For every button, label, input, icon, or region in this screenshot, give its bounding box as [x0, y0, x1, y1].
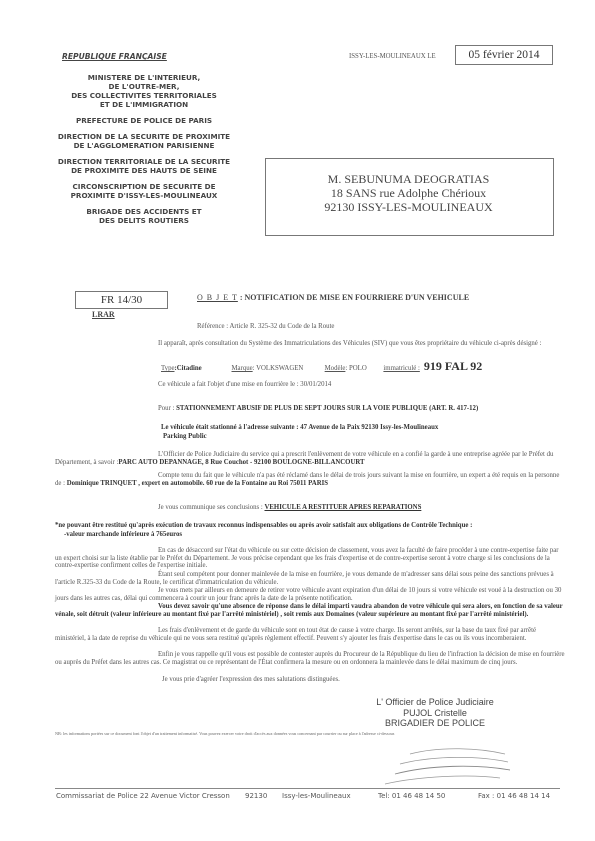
- administration-line: DIRECTION TERRITORIALE DE LA SECURITE: [44, 157, 244, 166]
- footer-address: Commissariat de Police 22 Avenue Victor …: [56, 792, 230, 800]
- footer-city: Issy-les-Moulineaux: [282, 792, 351, 800]
- administration-line: MINISTERE DE L'INTERIEUR,: [44, 73, 244, 82]
- administration-line: DES COLLECTIVITES TERRITORIALES: [44, 91, 244, 100]
- paragraph-mainlevee: Étant seul compétent pour donner mainlev…: [55, 571, 567, 586]
- recipient-name: M. SEBUNUMA DEOGRATIAS: [265, 172, 552, 186]
- subject-text: : NOTIFICATION DE MISE EN FOURRIERE D'UN…: [238, 293, 469, 302]
- administration-line: CIRCONSCRIPTION DE SECURITE DE: [44, 182, 244, 191]
- vehicle-details: Type :Citadine Marque: VOLKSWAGEN Modèle…: [161, 362, 571, 373]
- model-label: Modèle: [325, 365, 346, 373]
- date-box: 05 février 2014: [455, 45, 553, 65]
- data-protection-note: NB: les informations portées sur ce docu…: [55, 731, 575, 736]
- type-value: :Citadine: [175, 365, 232, 373]
- expert-paragraph: Compte tenu du fait que le véhicule n'a …: [55, 472, 565, 488]
- brand-label: Marque: [232, 365, 253, 373]
- paragraph-counter-expertise: En cas de désaccord sur l'état du véhicu…: [55, 547, 567, 570]
- intro-paragraph: Il apparaît, après consultation du Systè…: [158, 340, 563, 348]
- plate-value: 919 FAL 92: [424, 362, 482, 370]
- conclusions-value: VEHICULE A RESTITUER APRES REPARATIONS: [264, 504, 421, 511]
- subject-line: O B J E T : NOTIFICATION DE MISE EN FOUR…: [197, 293, 469, 302]
- impound-date: Ce véhicule a fait l'objet d'une mise en…: [158, 381, 331, 389]
- model-value: : POLO: [345, 365, 383, 373]
- footer-postcode: 92130: [245, 792, 267, 800]
- recipient-city: 92130 ISSY-LES-MOULINEAUX: [265, 200, 552, 214]
- recipient-address: M. SEBUNUMA DEOGRATIAS 18 SANS rue Adolp…: [265, 172, 552, 214]
- administration-entry: CIRCONSCRIPTION DE SECURITE DEPROXIMITE …: [44, 182, 244, 200]
- administration-line: DES DELITS ROUTIERS: [44, 216, 244, 225]
- signature-block: L' Officier de Police Judiciaire PUJOL C…: [355, 697, 515, 729]
- administration-entry: PREFECTURE DE POLICE DE PARIS: [44, 116, 244, 125]
- administration-entry: BRIGADE DES ACCIDENTS ETDES DELITS ROUTI…: [44, 207, 244, 225]
- administration-entry: DIRECTION DE LA SECURITE DE PROXIMITEDE …: [44, 132, 244, 150]
- administration-entry: DIRECTION TERRITORIALE DE LA SECURITEDE …: [44, 157, 244, 175]
- signature-scribble-icon: [380, 740, 520, 785]
- type-label: Type: [161, 365, 175, 373]
- administration-line: PROXIMITE D'ISSY-LES-MOULINEAUX: [44, 191, 244, 200]
- administration-line: DE PROXIMITE DES HAUTS DE SEINE: [44, 166, 244, 175]
- expert-name: Dominique TRINQUET , expert en automobil…: [67, 480, 328, 487]
- location-line: Le véhicule était stationné à l'adresse …: [161, 424, 438, 432]
- paragraph-contest: Enfin je vous rappelle qu'il vous est po…: [55, 651, 567, 666]
- lrar-label: LRAR: [92, 310, 115, 319]
- administration-line: ET DE L'IMMIGRATION: [44, 100, 244, 109]
- signatory-name: PUJOL Cristelle: [355, 708, 515, 719]
- administration-line: DIRECTION DE LA SECURITE DE PROXIMITE: [44, 132, 244, 141]
- condition-line: *ne pouvant être restitué qu'après exécu…: [55, 522, 570, 530]
- conclusions-line: Je vous communique ses conclusions : VEH…: [158, 504, 421, 512]
- administration-line: DE L'AGGLOMERATION PARISIENNE: [44, 141, 244, 150]
- city-label: ISSY-LES-MOULINEAUX LE: [349, 53, 436, 60]
- conclusions-prefix: Je vous communique ses conclusions :: [158, 504, 264, 511]
- custody-paragraph: L'Officier de Police Judiciaire du servi…: [55, 451, 565, 467]
- custody-company: PARC AUTO DEPANNAGE, 8 Rue Couchot - 921…: [118, 459, 364, 466]
- reason-text: STATIONNEMENT ABUSIF DE PLUS DE SEPT JOU…: [176, 405, 478, 412]
- subject-label: O B J E T: [197, 293, 238, 302]
- location-parking: Parking Public: [163, 433, 207, 441]
- paragraph-abandon-warning: Vous devez savoir qu'une absence de répo…: [55, 603, 567, 618]
- paragraph-fees: Les frais d'enlèvement et de garde du vé…: [55, 627, 567, 642]
- administration-line: DE L'OUTRE-MER,: [44, 82, 244, 91]
- reason-prefix: Pour :: [158, 405, 176, 412]
- recipient-street: 18 SANS rue Adolphe Chérioux: [265, 186, 552, 200]
- footer-divider: [55, 788, 560, 789]
- administration-block: MINISTERE DE L'INTERIEUR,DE L'OUTRE-MER,…: [44, 73, 244, 232]
- administration-line: PREFECTURE DE POLICE DE PARIS: [44, 116, 244, 125]
- republic-heading: REPUBLIQUE FRANÇAISE: [62, 52, 167, 61]
- impound-reason: Pour : STATIONNEMENT ABUSIF DE PLUS DE S…: [158, 405, 478, 413]
- closing-salutation: Je vous prie d'agréer l'expression des m…: [162, 676, 340, 684]
- footer-tel: Tel: 01 46 48 14 50: [378, 792, 445, 800]
- file-reference: FR 14/30: [75, 291, 168, 309]
- signatory-title: L' Officier de Police Judiciaire: [355, 697, 515, 708]
- brand-value: : VOLKSWAGEN: [253, 365, 325, 373]
- market-value-line: -valeur marchande inférieure à 765euros: [64, 531, 182, 539]
- administration-entry: MINISTERE DE L'INTERIEUR,DE L'OUTRE-MER,…: [44, 73, 244, 109]
- signatory-rank: BRIGADIER DE POLICE: [355, 718, 515, 729]
- administration-line: BRIGADE DES ACCIDENTS ET: [44, 207, 244, 216]
- plate-label: immatriculé :: [383, 365, 419, 373]
- reference-article: Référence : Article R. 325-32 du Code de…: [197, 323, 334, 331]
- footer-fax: Fax : 01 46 48 14 14: [478, 792, 550, 800]
- paragraph-deadline: Je vous mets par ailleurs en demeure de …: [55, 587, 567, 602]
